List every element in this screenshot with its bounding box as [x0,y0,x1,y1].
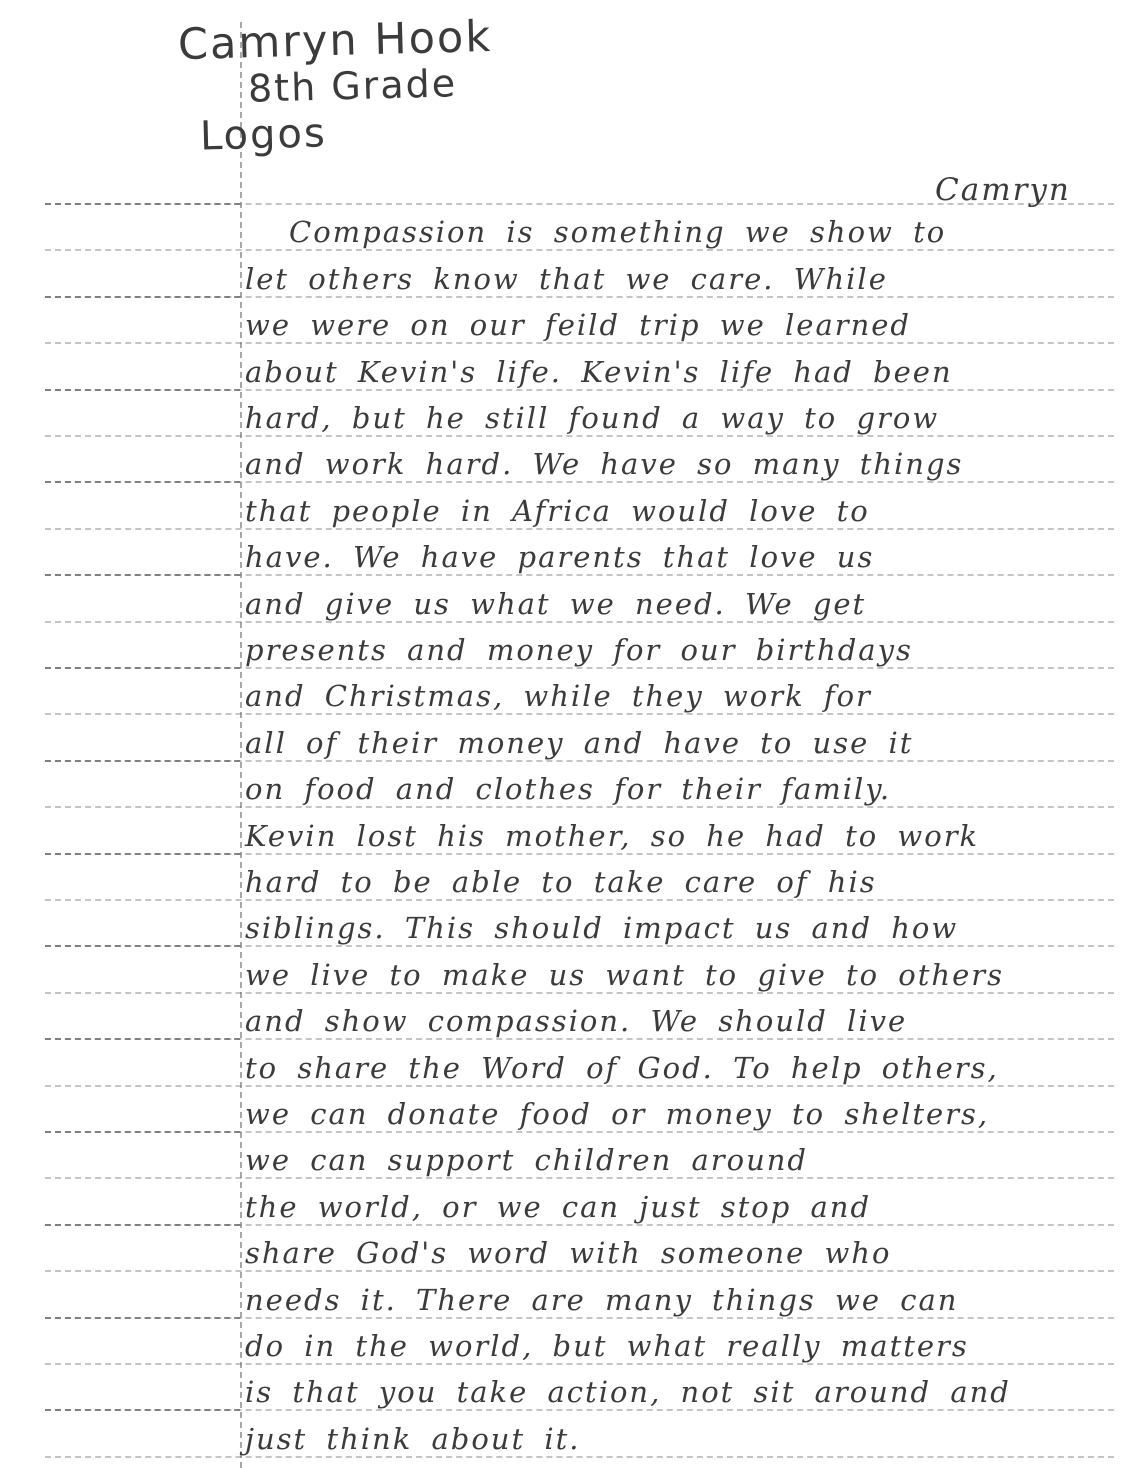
essay-line: the world, or we can just stop and [245,1184,871,1230]
student-grade: 8th Grade [247,61,457,110]
essay-line: we can support children around [245,1137,808,1183]
essay-line: needs it. There are many things we can [245,1277,958,1323]
essay-line: we were on our feild trip we learned [245,302,911,348]
essay-line: have. We have parents that love us [245,534,874,580]
essay-line: on food and clothes for their family. [245,766,891,812]
essay-line: and show compassion. We should live [245,998,907,1044]
essay-line: and give us what we need. We get [245,581,866,627]
essay-line: siblings. This should impact us and how [245,905,958,951]
essay-line: that people in Africa would love to [245,488,870,534]
essay-line: share God's word with someone who [245,1230,891,1276]
essay-line: and work hard. We have so many things [245,441,963,487]
essay-line: let others know that we care. While [245,256,888,302]
corner-name: Camryn [935,172,1071,208]
margin-line [240,22,242,1468]
essay-line: Kevin lost his mother, so he had to work [245,813,979,859]
essay-line: is that you take action, not sit around … [245,1369,1011,1415]
essay-line: all of their money and have to use it [245,720,913,766]
essay-line: and Christmas, while they work for [245,673,872,719]
essay-line: hard, but he still found a way to grow [245,395,939,441]
essay-line: Compassion is something we show to [245,209,946,255]
essay-line: we live to make us want to give to other… [245,952,1004,998]
essay-line: presents and money for our birthdays [245,627,913,673]
essay-line: just think about it. [245,1416,581,1462]
course-name: Logos [199,110,327,159]
essay-line: to share the Word of God. To help others… [245,1045,999,1091]
essay-line: we can donate food or money to shelters, [245,1091,989,1137]
essay-line: hard to be able to take care of his [245,859,877,905]
essay-line: about Kevin's life. Kevin's life had bee… [245,349,953,395]
notebook-page: Camryn Hook 8th Grade Logos Camryn Compa… [0,0,1140,1468]
essay-line: do in the world, but what really matters [245,1323,969,1369]
